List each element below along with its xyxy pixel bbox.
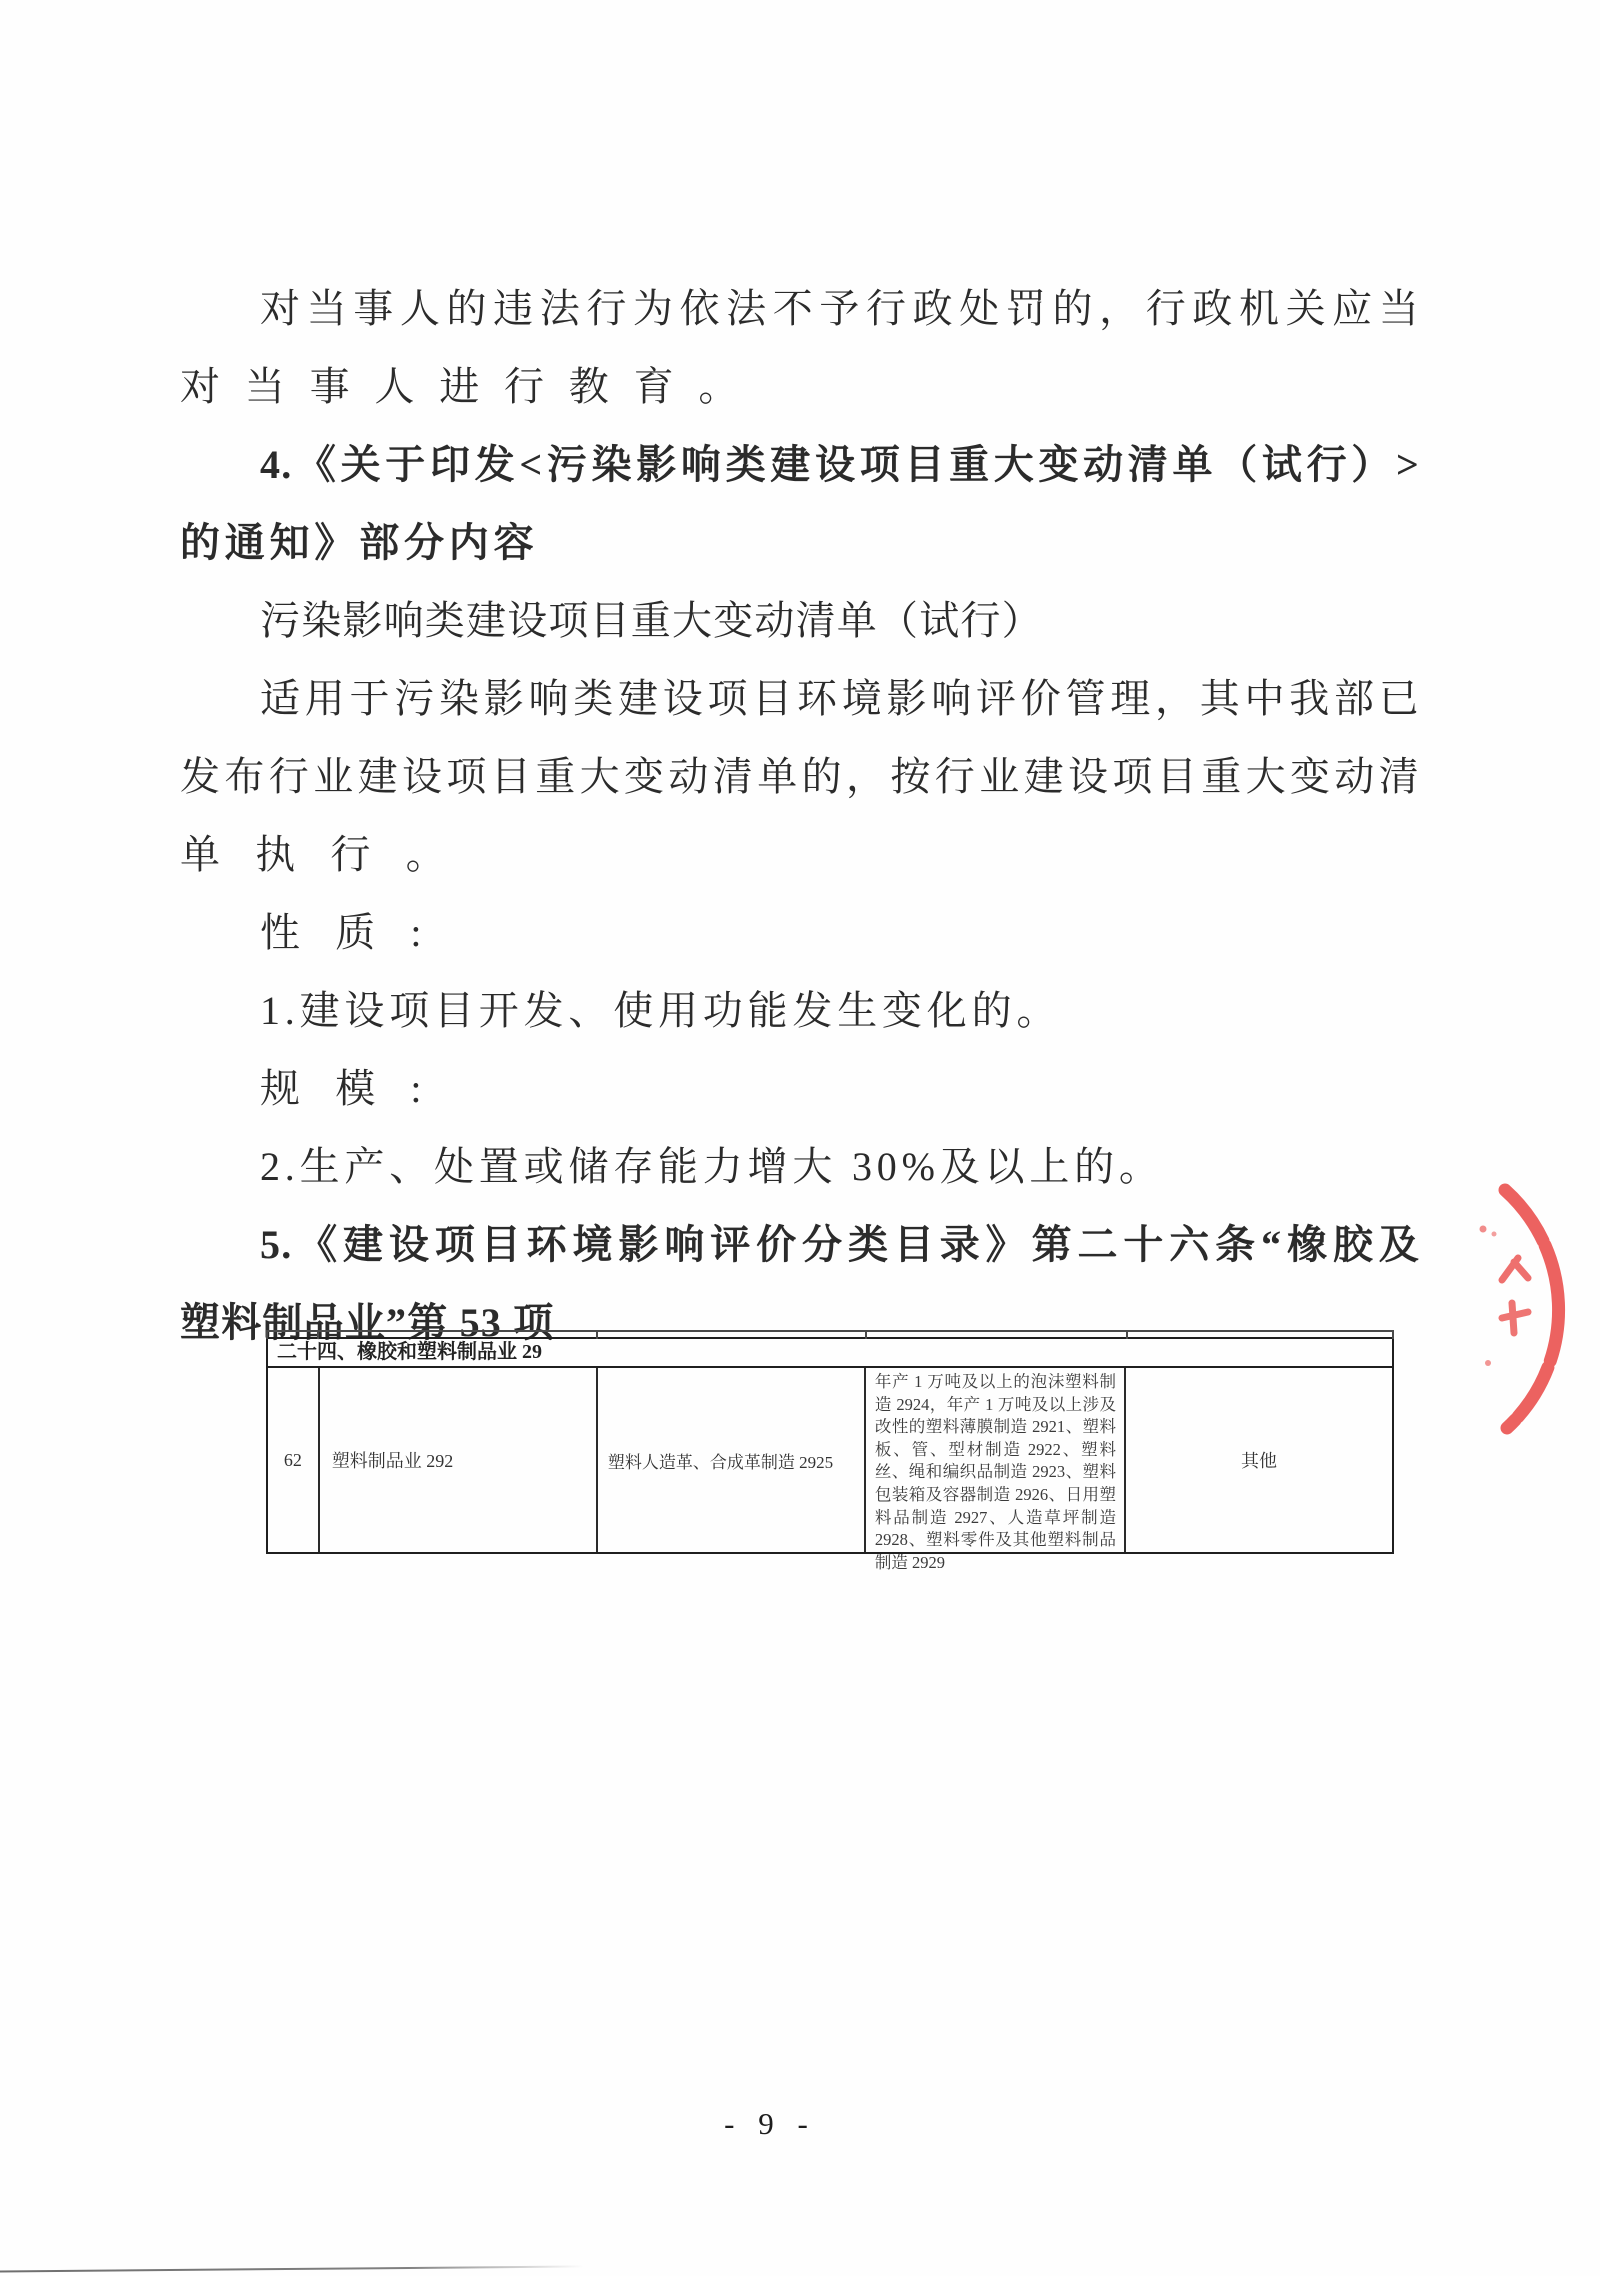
column-divider-stub: [1392, 1332, 1394, 1339]
table-row: 62 塑料制品业 292 塑料人造革、合成革制造 2925 年产 1 万吨及以上…: [266, 1368, 1394, 1554]
column-divider-stub: [266, 1332, 268, 1339]
official-seal-stamp: [1440, 1140, 1600, 1460]
text-line: 发布行业建设项目重大变动清单的，按行业建设项目重大变动清: [180, 738, 1420, 816]
column-divider-stub: [1126, 1332, 1128, 1339]
seal-character-fragment: [1502, 1303, 1528, 1333]
cell-report-book: 塑料人造革、合成革制造 2925: [598, 1368, 866, 1552]
text-line: 2.生产、处置或储存能力增大 30%及以上的。: [180, 1128, 1420, 1206]
text-line: 规模:: [180, 1050, 1420, 1128]
seal-ink-dot: [1480, 1226, 1487, 1233]
heading-line: 4.《关于印发<污染影响类建设项目重大变动清单（试行）>: [180, 426, 1420, 504]
seal-character-fragment: [1502, 1258, 1528, 1280]
classification-catalog-table: 二十四、橡胶和塑料制品业 29 62 塑料制品业 292 塑料人造革、合成革制造…: [266, 1330, 1394, 1554]
cell-registration-form: 其他: [1126, 1368, 1392, 1552]
heading-line: 的通知》部分内容: [180, 504, 1420, 582]
text-line: 单执行。: [180, 816, 1420, 894]
seal-ink-dot: [1492, 1232, 1497, 1237]
text-line: 对当事人的违法行为依法不予行政处罚的，行政机关应当: [180, 270, 1420, 348]
cell-serial-number: 62: [268, 1368, 320, 1552]
text-line: 适用于污染影响类建设项目环境影响评价管理，其中我部已: [180, 660, 1420, 738]
scan-artifact-line: [0, 2265, 584, 2272]
body-text: 对当事人的违法行为依法不予行政处罚的，行政机关应当 对当事人进行教育。 4.《关…: [180, 270, 1420, 1362]
text-line: 性质:: [180, 894, 1420, 972]
column-divider-stub: [596, 1332, 598, 1339]
text-line: 1.建设项目开发、使用功能发生变化的。: [180, 972, 1420, 1050]
column-divider-stub: [317, 1332, 319, 1339]
seal-ink-dot: [1485, 1360, 1491, 1366]
document-page: 对当事人的违法行为依法不予行政处罚的，行政机关应当 对当事人进行教育。 4.《关…: [0, 0, 1600, 2276]
heading-line: 5.《建设项目环境影响评价分类目录》第二十六条“橡胶及: [180, 1206, 1420, 1284]
text-line: 对当事人进行教育。: [180, 348, 1420, 426]
page-number: - 9 -: [0, 2106, 1540, 2142]
table-cutoff-row-line: [266, 1330, 1394, 1337]
cell-project-category: 塑料制品业 292: [320, 1368, 598, 1552]
cell-report-form: 年产 1 万吨及以上的泡沫塑料制造 2924，年产 1 万吨及以上涉及改性的塑料…: [866, 1368, 1126, 1552]
table-section-header: 二十四、橡胶和塑料制品业 29: [266, 1337, 1394, 1368]
text-line: 污染影响类建设项目重大变动清单（试行）: [180, 582, 1420, 660]
column-divider-stub: [865, 1332, 867, 1339]
